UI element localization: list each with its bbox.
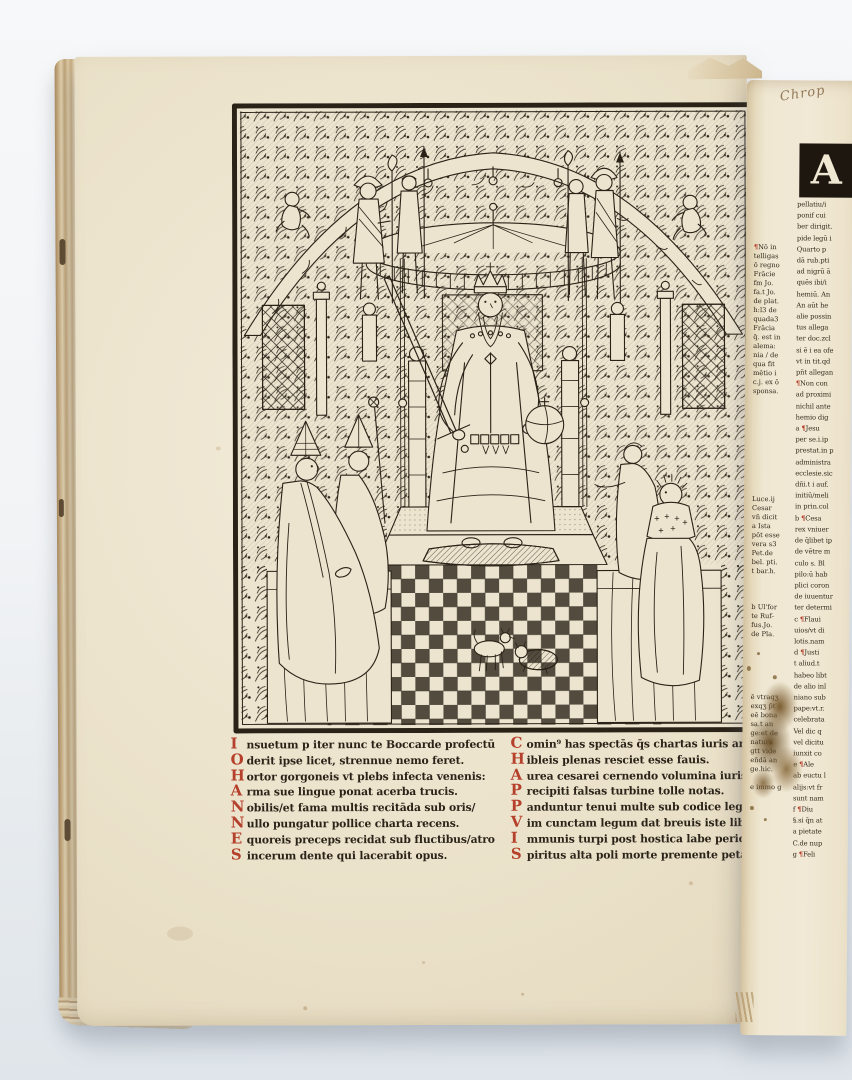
verse-text: nsuetum p iter nunc te Boccarde profectū <box>247 738 496 752</box>
woodcut-drop-initial: A <box>799 143 852 197</box>
verse-text: im cunctam legum dat breuis iste liber. <box>527 816 760 830</box>
verse-text: mmunis turpi post hostica labe pericla: <box>527 832 760 846</box>
verse-line: Panduntur tenui multe sub codice leges. <box>511 798 775 814</box>
verse-line: Sincerum dente qui lacerabit opus. <box>231 846 496 862</box>
verse-line: Insuetum p iter nunc te Boccarde profect… <box>231 736 496 752</box>
stain-speck <box>773 675 777 679</box>
verse-text: ibleis plenas resciet esse fauis. <box>527 753 710 766</box>
verse-text: piritus alta poli morte premente petat. <box>527 848 756 862</box>
verse-line: Arma sue lingue ponat acerba trucis. <box>231 783 496 799</box>
verse-text: quoreis preceps recidat sub fluctibus/at… <box>247 833 495 847</box>
stain-speck <box>747 666 751 671</box>
verse-line: Aurea cesarei cernendo volumina iuris/ <box>511 767 775 783</box>
verse-line: Immunis turpi post hostica labe pericla: <box>511 830 775 846</box>
verse-text: incerum dente qui lacerabit opus. <box>247 848 447 862</box>
verse-text: ullo pungatur pollice charta recens. <box>247 817 460 831</box>
edge-gap-mark <box>59 239 65 265</box>
stain-speck <box>750 806 754 810</box>
verse-text: ortor gorgoneis vt plebs infecta venenis… <box>247 769 486 783</box>
verse-text: obilis/et fama multis recitāda sub oris/ <box>247 801 476 815</box>
edge-gap-mark <box>59 499 64 517</box>
verse-line: Hortor gorgoneis vt plebs infecta veneni… <box>231 767 496 783</box>
verse-column-left: Insuetum p iter nunc te Boccarde profect… <box>231 736 496 863</box>
foxing-spot <box>303 1006 307 1010</box>
foxing-spot <box>422 961 425 964</box>
stain-speck <box>764 818 767 821</box>
stain-speck <box>757 652 760 655</box>
verse-line: Spiritus alta poli morte premente petat. <box>511 846 775 862</box>
lombard-initial: S <box>511 846 527 862</box>
verse-text: derit ipse licet, strennue nemo feret. <box>247 754 465 768</box>
left-page: Insuetum p iter nunc te Boccarde profect… <box>75 55 750 1026</box>
verse-line: Comin⁹ has spectās q̄s chartas iuris ama… <box>511 735 775 751</box>
verse-line: Nullo pungatur pollice charta recens. <box>231 815 496 831</box>
verse-text: urea cesarei cernendo volumina iuris/ <box>527 769 751 783</box>
verse-text: recipiti falsas turbine tolle notas. <box>527 785 725 799</box>
foxing-spot <box>216 447 221 451</box>
verse-text: rma sue lingue ponat acerba trucis. <box>247 785 458 799</box>
verse-line: Oderit ipse licet, strennue nemo feret. <box>231 752 496 768</box>
verse-line: Nobilis/et fama multis recitāda sub oris… <box>231 799 496 815</box>
lombard-initial: S <box>231 847 247 863</box>
edge-gap-mark <box>64 819 70 841</box>
right-page: Chrop A ¶Nō in telligas ō regno Frācie f… <box>740 80 852 1036</box>
verse-line: Precipiti falsas turbine tolle notas. <box>511 782 775 798</box>
handwritten-annotation: Chrop <box>779 83 826 105</box>
verse-line: Hibleis plenas resciet esse fauis. <box>511 751 775 767</box>
verse-text: anduntur tenui multe sub codice leges. <box>527 800 759 814</box>
foxing-stain <box>167 927 193 941</box>
ink-stain <box>744 680 809 800</box>
drop-initial-letter: A <box>799 143 852 197</box>
woodcut-illustration <box>232 102 756 733</box>
frayed-corner <box>735 992 753 1022</box>
verse-column-right: Comin⁹ has spectās q̄s chartas iuris ama… <box>511 735 775 862</box>
verse-line: Equoreis preceps recidat sub fluctibus/a… <box>231 831 496 847</box>
verse-text: omin⁹ has spectās q̄s chartas iuris amat… <box>527 737 775 751</box>
photo-background: Insuetum p iter nunc te Boccarde profect… <box>0 0 852 1080</box>
verse-line: Vim cunctam legum dat breuis iste liber. <box>511 814 775 830</box>
foxing-spot <box>521 993 524 996</box>
woodcut-svg <box>232 102 756 733</box>
foxing-spot <box>689 881 693 885</box>
